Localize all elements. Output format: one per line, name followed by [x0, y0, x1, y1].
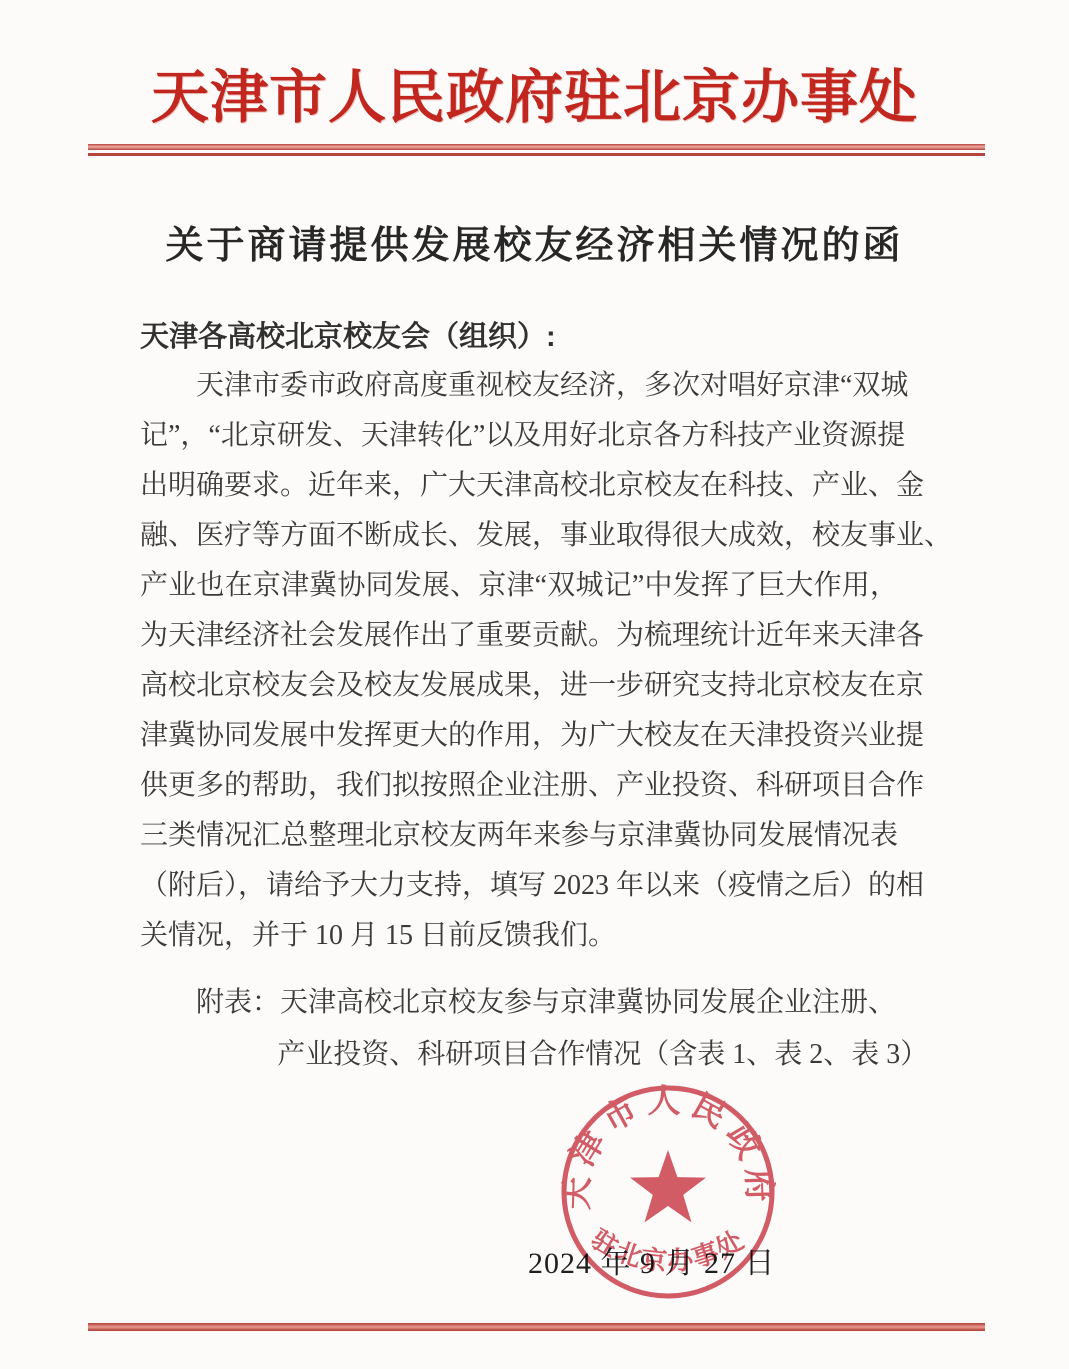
body-line: 记”，“北京研发、天津转化”以及用好北京各方科技产业资源提	[140, 411, 898, 461]
body-line: 供更多的帮助，我们拟按照企业注册、产业投资、科研项目合作	[140, 761, 898, 811]
body-line: 关情况，并于 10 月 15 日前反馈我们。	[140, 911, 898, 961]
salutation: 天津各高校北京校友会（组织）:	[140, 314, 556, 355]
body-line: 津冀协同发展中发挥更大的作用，为广大校友在天津投资兴业提	[140, 711, 898, 761]
body-line: 为天津经济社会发展作出了重要贡献。为梳理统计近年来天津各	[140, 611, 898, 661]
body-line: 天津市委市政府高度重视校友经济，多次对唱好京津“双城	[140, 361, 898, 411]
red-star-icon	[630, 1150, 706, 1222]
body-line: 产业也在京津冀协同发展、京津“双城记”中发挥了巨大作用，	[140, 561, 898, 611]
footer-rule	[88, 1323, 985, 1331]
document-date: 2024 年 9 月 27 日	[528, 1238, 776, 1282]
seal-top-text: 天津市人民政府	[559, 1084, 777, 1210]
attachment-line-2: 产业投资、科研项目合作情况（含表 1、表 2、表 3）	[140, 1030, 940, 1080]
document-page: 天津市人民政府驻北京办事处 关于商请提供发展校友经济相关情况的函 天津各高校北京…	[0, 0, 1069, 1369]
document-title: 关于商请提供发展校友经济相关情况的函	[0, 214, 1069, 269]
header-rule-top-line	[88, 144, 985, 150]
letterhead-title: 天津市人民政府驻北京办事处	[0, 50, 1069, 134]
attachment-line-1: 附表：天津高校北京校友参与京津冀协同发展企业注册、	[140, 978, 940, 1028]
body-line: 三类情况汇总整理北京校友两年来参与京津冀协同发展情况表	[140, 811, 898, 861]
body-line: 高校北京校友会及校友发展成果，进一步研究支持北京校友在京	[140, 661, 898, 711]
header-double-rule	[88, 144, 985, 156]
body-line: （附后），请给予大力支持，填写 2023 年以来（疫情之后）的相	[140, 861, 898, 911]
header-rule-bottom-line	[88, 153, 985, 156]
body-line: 出明确要求。近年来，广大天津高校北京校友在科技、产业、金	[140, 461, 898, 511]
body-paragraph: 天津市委市政府高度重视校友经济，多次对唱好京津“双城记”，“北京研发、天津转化”…	[140, 361, 898, 961]
body-line: 融、医疗等方面不断成长、发展，事业取得很大成效，校友事业、	[140, 511, 898, 561]
official-seal: 天津市人民政府 驻北京办事处	[536, 1060, 800, 1324]
